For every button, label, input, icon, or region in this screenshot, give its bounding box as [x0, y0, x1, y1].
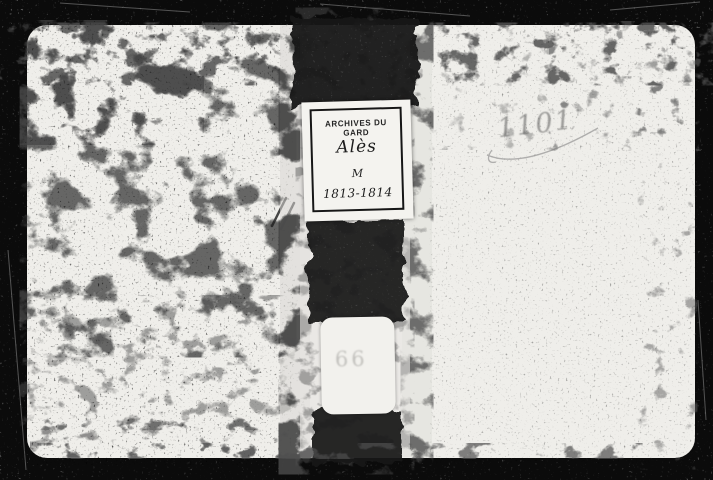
archive-label: ARCHIVES DU GARD Alès M 1813-1814	[301, 100, 413, 222]
archive-label-series: M	[313, 166, 401, 181]
archive-label-commune: Alès	[312, 136, 401, 158]
spine-number: 66	[335, 347, 368, 372]
archive-label-frame: ARCHIVES DU GARD Alès M 1813-1814	[310, 107, 405, 213]
scanned-register-cover: ARCHIVES DU GARD Alès M 1813-1814 66 110…	[0, 0, 713, 480]
spine-number-label: 66	[320, 316, 396, 414]
archive-label-years: 1813-1814	[314, 185, 402, 201]
